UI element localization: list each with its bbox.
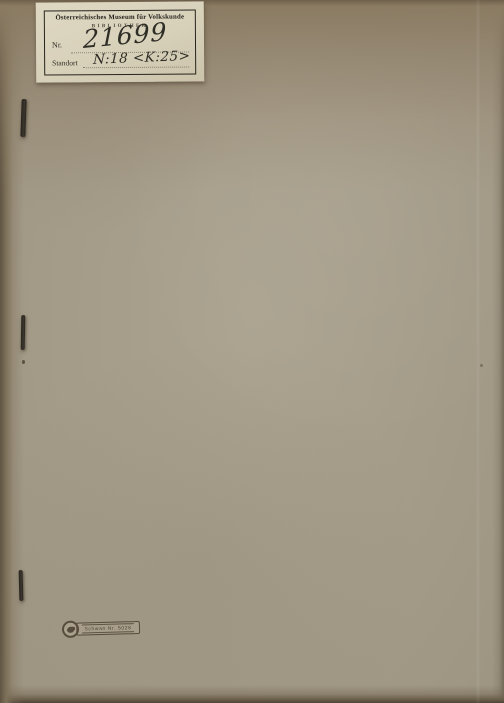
staple-bottom [19,570,24,601]
manufacturer-stamp: Schwan Nr. 5028 [62,619,140,638]
staple-mark [22,360,25,364]
scanned-notebook-cover: Österreichisches Museum für Volkskunde B… [0,0,504,703]
library-label: Österreichisches Museum für Volkskunde B… [36,1,205,82]
nr-field-label: Nr. [52,40,62,49]
label-institution: Österreichisches Museum für Volkskunde [45,13,195,21]
stamp-text: Schwan Nr. 5028 [82,623,133,633]
staple-top [20,99,26,137]
staple-middle [21,315,26,350]
stamp-text-box: Schwan Nr. 5028 [76,621,140,636]
standort-field-label: Standort [52,58,77,67]
handwritten-shelfmark: N:18 <K:25> [93,48,191,68]
paper-speck [480,364,483,367]
label-border: Österreichisches Museum für Volkskunde B… [44,9,196,75]
